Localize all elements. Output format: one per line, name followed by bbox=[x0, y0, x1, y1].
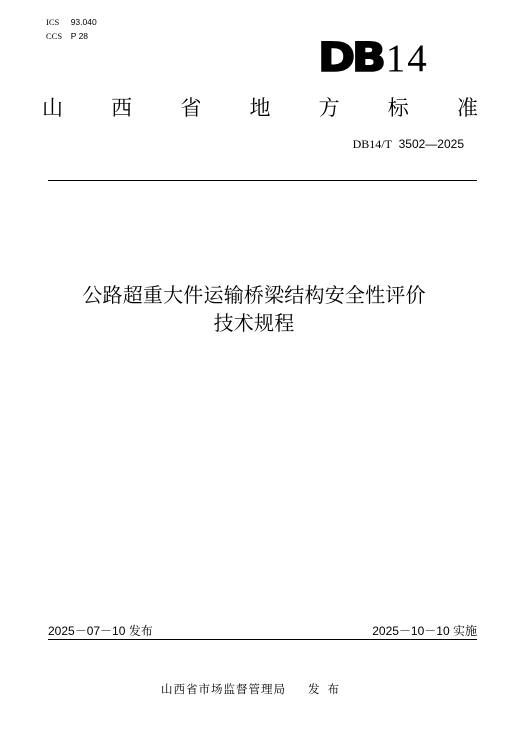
implement-date: 2025－10－10 实施 bbox=[372, 624, 477, 638]
ics-label: ICS bbox=[46, 17, 68, 27]
publish-date-value: 2025－07－10 bbox=[48, 624, 125, 638]
standard-type-char: 标 bbox=[388, 95, 409, 121]
standard-number: DB14/T 3502—2025 bbox=[353, 137, 464, 151]
top-divider bbox=[48, 180, 477, 181]
document-title-line2: 技术规程 bbox=[0, 310, 508, 336]
standard-number-code: 3502—2025 bbox=[399, 137, 464, 151]
standard-type-char: 方 bbox=[319, 95, 340, 121]
document-title-line1: 公路超重大件运输桥梁结构安全性评价 bbox=[0, 282, 508, 308]
standard-type-char: 地 bbox=[249, 95, 270, 121]
standard-number-prefix: DB14/T bbox=[353, 137, 392, 151]
publish-date: 2025－07－10 发布 bbox=[48, 624, 153, 638]
publish-date-label: 发布 bbox=[129, 624, 153, 638]
bottom-divider bbox=[48, 639, 477, 640]
implement-date-value: 2025－10－10 bbox=[372, 624, 449, 638]
issuer: 山西省市场监督管理局发布 bbox=[0, 682, 508, 696]
db-logo-letters: DB bbox=[318, 36, 383, 80]
standard-type-char: 山 bbox=[42, 95, 63, 121]
standard-type-char: 西 bbox=[111, 95, 132, 121]
ics-code: ICS 93.040 bbox=[46, 17, 97, 28]
standard-type-heading: 山 西 省 地 方 标 准 bbox=[42, 95, 478, 121]
ccs-value: P 28 bbox=[71, 31, 88, 41]
issuer-organization: 山西省市场监督管理局 bbox=[161, 682, 286, 696]
ccs-label: CCS bbox=[46, 31, 68, 41]
db-logo: DB14 bbox=[318, 36, 429, 80]
issuer-action: 发布 bbox=[308, 682, 347, 696]
standard-type-char: 省 bbox=[180, 95, 201, 121]
implement-date-label: 实施 bbox=[453, 624, 477, 638]
ccs-code: CCS P 28 bbox=[46, 31, 88, 42]
ics-value: 93.040 bbox=[71, 17, 97, 27]
db-logo-number: 14 bbox=[386, 37, 429, 81]
standard-type-char: 准 bbox=[457, 95, 478, 121]
